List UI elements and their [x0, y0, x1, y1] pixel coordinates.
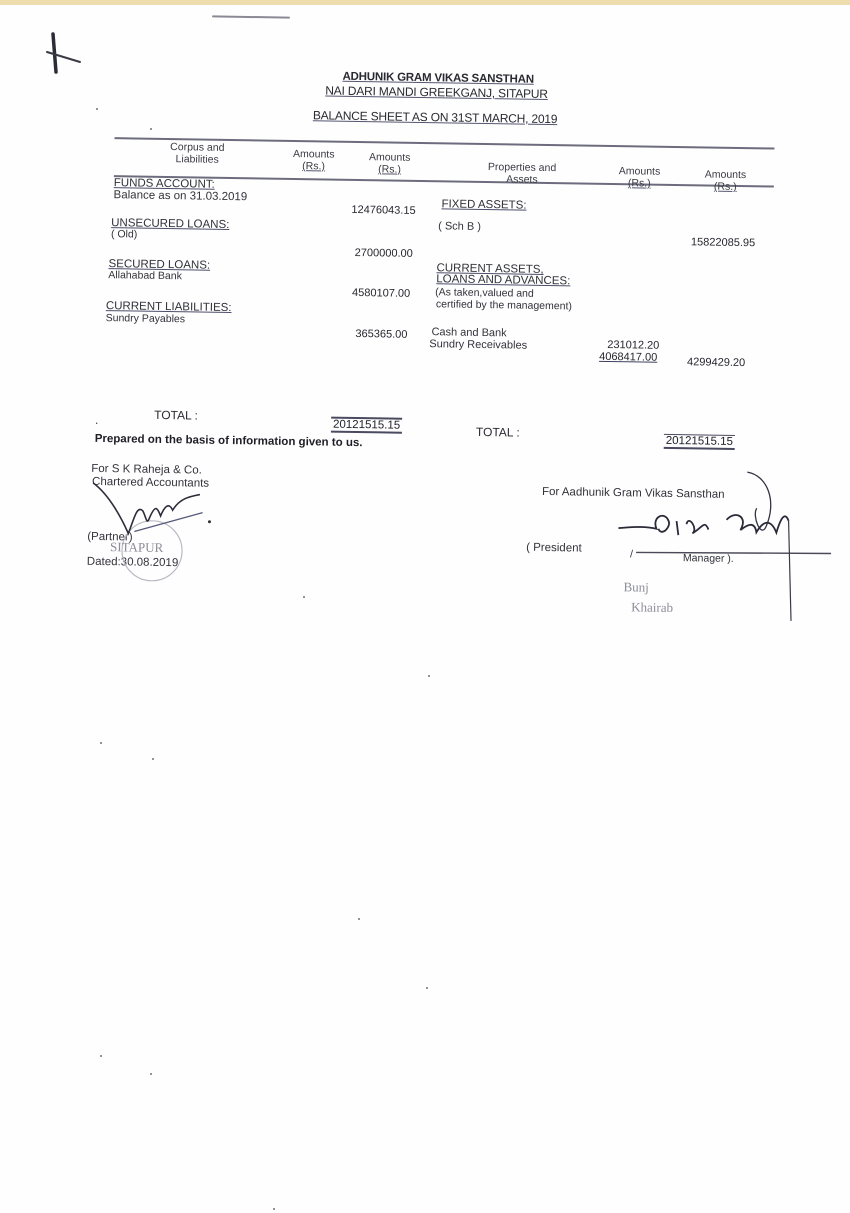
asset-item-cash-amount: 231012.20 [607, 339, 659, 352]
header-assets: Properties andAssets [472, 161, 572, 187]
scan-speck [426, 987, 428, 989]
org-address: NAI DARI MANDI GREEKGANJ, SITAPUR [325, 83, 548, 100]
asset-item-receivables-label: Sundry Receivables [429, 338, 527, 352]
asset-heading-current-2: LOANS AND ADVANCES: [436, 273, 570, 287]
scan-speck [273, 1208, 275, 1210]
scan-speck [358, 918, 360, 920]
total-left-label: TOTAL : [154, 408, 198, 423]
total-right-label: TOTAL : [476, 425, 520, 440]
stamp-line-2: Khairab [631, 599, 673, 616]
asset-amount-current-total: 4299429.20 [687, 356, 745, 369]
header-right-amount-2: Amounts(Rs.) [698, 168, 753, 193]
header-right-amount-1: Amounts(Rs.) [612, 165, 667, 190]
total-right-amount: 20121515.15 [664, 434, 735, 450]
header-liabilities: Corpus andLiabilities [152, 141, 242, 166]
balance-sheet: ADHUNIK GRAM VIKAS SANSTHAN NAI DARI MAN… [0, 0, 850, 1213]
auditor-stamp-text: SITAPUR [110, 539, 163, 556]
liability-detail-unsecured: ( Old) [111, 228, 137, 240]
asset-item-receivables-amount: 4068417.00 [599, 351, 657, 364]
auditor-signature-icon [83, 475, 225, 587]
scan-speck [428, 675, 430, 677]
stamp-line-1: Bunj [623, 579, 649, 595]
total-left-amount: 20121515.15 [331, 417, 402, 434]
header-left-amount-2: Amounts(Rs.) [362, 151, 417, 176]
asset-amount-fixed: 15822085.95 [691, 236, 755, 249]
scan-speck [152, 758, 154, 760]
liability-detail-current: Sundry Payables [106, 312, 186, 325]
header-left-amount-1: Amounts(Rs.) [286, 148, 341, 173]
statement-title: BALANCE SHEET AS ON 31ST MARCH, 2019 [313, 108, 558, 126]
scan-speck [100, 1055, 102, 1057]
scan-speck [100, 742, 102, 744]
prepared-note: Prepared on the basis of information giv… [95, 433, 363, 449]
asset-detail-fixed: ( Sch B ) [438, 220, 481, 233]
liability-amount-unsecured: 2700000.00 [355, 247, 413, 260]
liability-amount-funds: 12476043.15 [351, 204, 415, 217]
asset-note-2: certified by the management) [436, 298, 572, 312]
scan-speck [150, 1073, 152, 1075]
liability-detail-funds: Balance as on 31.03.2019 [114, 189, 248, 203]
liability-amount-current: 365365.00 [355, 328, 407, 341]
liability-amount-secured: 4580107.00 [352, 287, 410, 300]
liability-detail-secured: Allahabad Bank [108, 269, 182, 282]
president-label: ( President [526, 542, 582, 555]
scan-speck [150, 128, 152, 130]
scan-speck [96, 108, 98, 110]
scan-speck [303, 596, 305, 598]
total-bullet: . [95, 413, 99, 427]
asset-heading-fixed: FIXED ASSETS: [441, 198, 526, 211]
